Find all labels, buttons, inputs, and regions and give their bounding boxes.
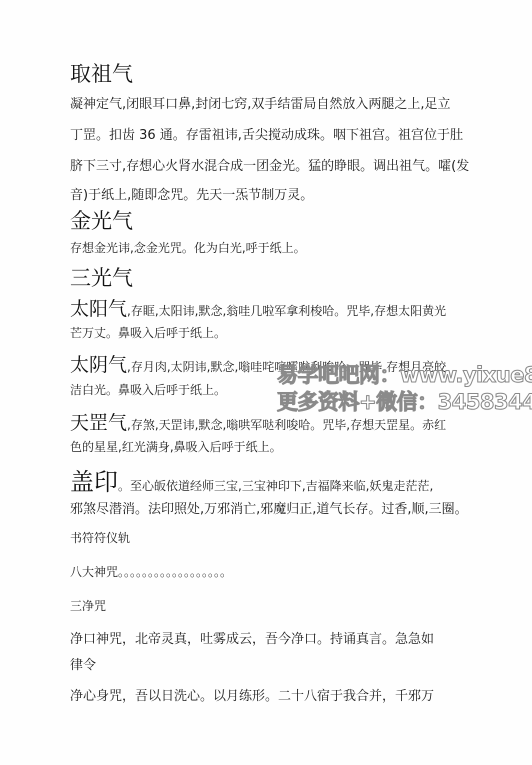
paragraph-line: 净心身咒，吾以日洗心。以月练形。二十八宿于我合并，千邪万 [70, 685, 434, 704]
paragraph-line: 丁罡。扣齿 36 通。存雷祖讳,舌尖搅动成珠。咽下祖宫。祖宫位于肚 [70, 124, 463, 143]
paragraph-line: 色的星星,红光满身,鼻吸入后呼于纸上。 [70, 438, 282, 455]
paragraph-line: 存想金光讳,念金光咒。化为白光,呼于纸上。 [70, 239, 306, 256]
gai-yin-line: 盖印。至心皈依道经师三宝,三宝神印下,吉福降来临,妖鬼走茫茫, [70, 462, 433, 497]
paragraph-text: ,存眶,太阳讳,默念,翁哇几啦军拿利梭哈。咒毕,存想太阳黄光 [127, 304, 446, 318]
section-lead: 盖印 [70, 468, 118, 496]
paragraph-line: 净口神咒，北帝灵真，吐雾成云，吾今净口。持诵真言。急急如 [70, 628, 434, 647]
section-title-san-guang-qi: 三光气 [70, 262, 133, 292]
paragraph-line: 脐下三寸,存想心火肾水混合成一团金光。猛的睁眼。调出祖气。嚯(发 [70, 155, 469, 174]
paragraph-line: 邪煞尽潜消。法印照处,万邪消亡,邪魔归正,道气长存。过香,顺,三圈。 [70, 498, 468, 517]
document-page: 取祖气 凝神定气,闭眼耳口鼻,封闭七窍,双手结雷局自然放入两腿之上,足立 丁罡。… [0, 0, 532, 765]
paragraph-line: 律令 [70, 654, 96, 673]
paragraph-text: 。至心皈依道经师三宝,三宝神印下,吉福降来临,妖鬼走茫茫, [118, 479, 433, 493]
paragraph-text: ,存煞,天罡讳,默念,嗡哄军哒利唆哈。咒毕,存想天罡星。赤红 [127, 418, 446, 432]
ritual-title: 书符符仪轨 [70, 529, 130, 546]
paragraph-line: 洁白光。鼻吸入后呼于纸上。 [70, 381, 226, 398]
tai-yang-qi-line: 太阳气,存眶,太阳讳,默念,翁哇几啦军拿利梭哈。咒毕,存想太阳黄光 [70, 294, 446, 321]
paragraph-line: 凝神定气,闭眼耳口鼻,封闭七窍,双手结雷局自然放入两腿之上,足立 [70, 93, 451, 112]
section-title-qu-zu-qi: 取祖气 [70, 58, 133, 88]
watermark-contact: 更多资料+微信：3458344044 [277, 386, 532, 416]
paragraph-line: 芒万丈。鼻吸入后呼于纸上。 [70, 324, 226, 341]
watermark-site: 易学吧吧网：www.yixue88.cn [277, 359, 532, 389]
eight-spells-heading: 八大神咒。。。。。。。。。。。。。。。。。。 [70, 563, 232, 580]
subsection-lead: 太阳气 [70, 298, 127, 320]
paragraph-line: 音)于纸上,随即念咒。先天一炁节制万灵。 [70, 184, 313, 203]
section-title-jin-guang-qi: 金光气 [70, 205, 133, 235]
three-pure-heading: 三净咒 [70, 597, 106, 614]
subsection-lead: 天罡气 [70, 412, 127, 434]
subsection-lead: 太阴气 [70, 354, 127, 376]
